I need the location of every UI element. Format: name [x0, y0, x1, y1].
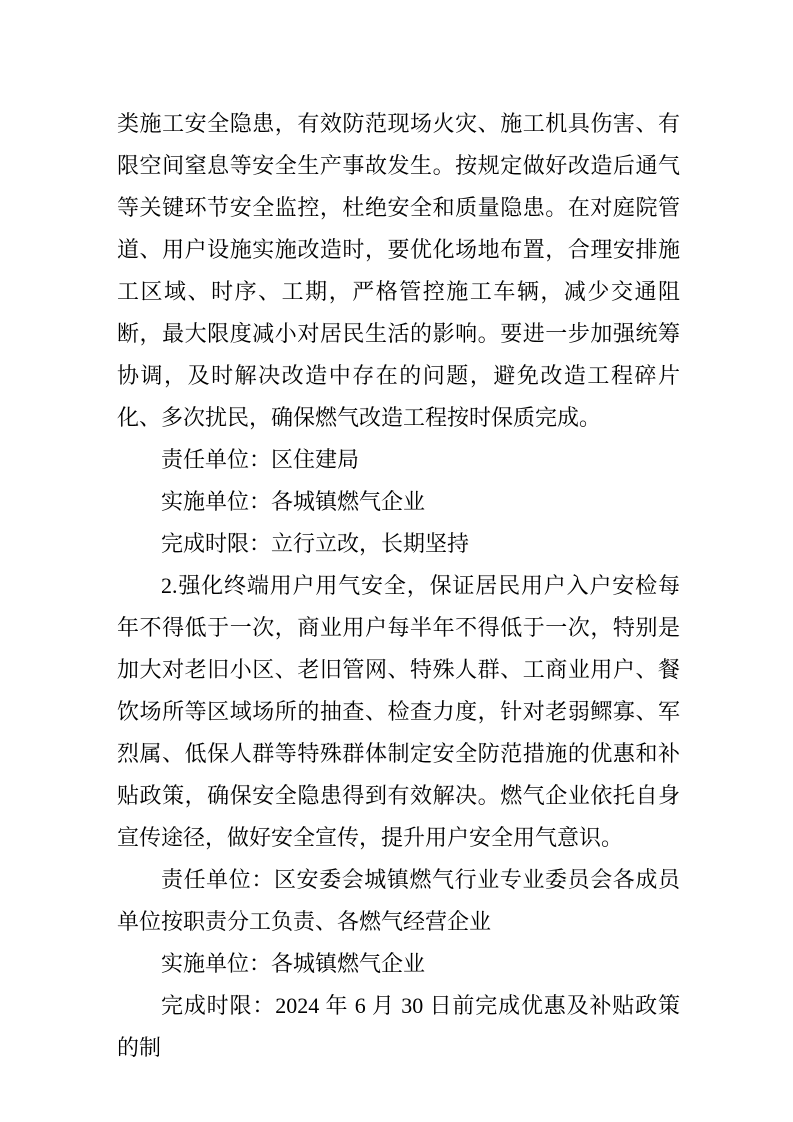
- document-page: 类施工安全隐患，有效防范现场火灾、施工机具伤害、有限空间窒息等安全生产事故发生。…: [0, 0, 793, 1122]
- deadline-line-1: 完成时限：立行立改，长期坚持: [117, 523, 680, 565]
- body-paragraph-continuation: 类施工安全隐患，有效防范现场火灾、施工机具伤害、有限空间窒息等安全生产事故发生。…: [117, 103, 680, 439]
- deadline-line-2: 完成时限：2024 年 6 月 30 日前完成优惠及补贴政策的制: [117, 985, 680, 1069]
- responsible-unit-line-2: 责任单位：区安委会城镇燃气行业专业委员会各成员单位按职责分工负责、各燃气经营企业: [117, 859, 680, 943]
- implementing-unit-line-2: 实施单位：各城镇燃气企业: [117, 943, 680, 985]
- responsible-unit-line-1: 责任单位：区住建局: [117, 439, 680, 481]
- document-text-block: 类施工安全隐患，有效防范现场火灾、施工机具伤害、有限空间窒息等安全生产事故发生。…: [117, 103, 680, 1069]
- implementing-unit-line-1: 实施单位：各城镇燃气企业: [117, 481, 680, 523]
- item-2-paragraph: 2.强化终端用户用气安全，保证居民用户入户安检每年不得低于一次，商业用户每半年不…: [117, 565, 680, 859]
